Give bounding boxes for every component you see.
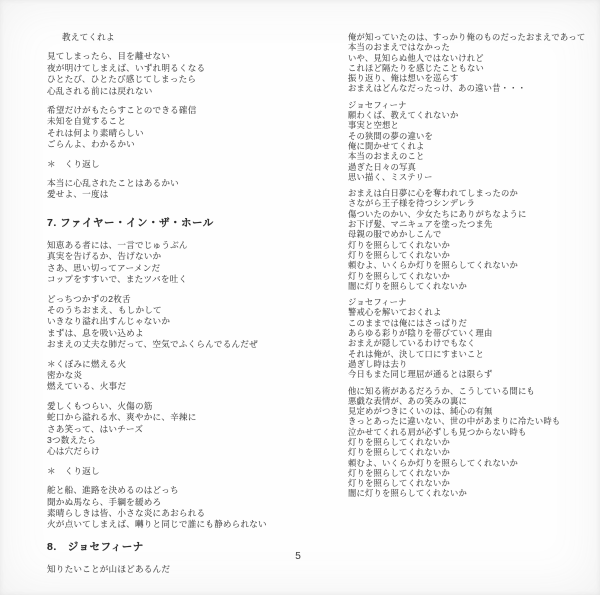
lyric-line: 俺に聞かせてくれよ	[348, 141, 593, 151]
lyric-stanza: どっちつかずの2枚舌そのうちおまえ、もしかしていきなり溢れ出すんじゃないかまずは…	[47, 294, 322, 351]
lyric-line: さあ、思い切ってアーメンだ	[47, 263, 322, 274]
lyric-line: 教えてくれよ	[62, 32, 322, 43]
lyric-line: さあ笑って、はいチーズ	[47, 424, 322, 435]
lyric-line: そのうちおまえ、もしかして	[47, 305, 322, 316]
lyric-line: 希望だけがもたらすことのできる確信	[47, 105, 322, 116]
lyric-line: おまえはどんなだったっけ、あの遠い昔・・・	[348, 83, 593, 93]
lyric-stanza: 俺が知っていたのは、すっかり俺のものだったおまえであって本当のおまえではなかった…	[348, 32, 593, 94]
lyric-line: ＊ くり返し	[47, 159, 322, 170]
lyric-line: 母親の服でめかしこんで	[348, 229, 593, 239]
lyric-line: 闇に灯りを照らしてくれないか	[348, 281, 593, 291]
lyric-line: 3つ数えたら	[47, 435, 322, 446]
lyric-line: 本当のおまえではなかった	[348, 42, 593, 52]
lyric-line: 真実を告げるか、告げないか	[47, 251, 322, 262]
lyric-stanza: ジョセフィーナ警戒心を解いておくれよこのままでは俺にはさっぱりだあらゆる彩りが陰…	[348, 297, 593, 379]
lyric-stanza: ＊くぼみに燃える火密かな炎燃えている、火事だ	[47, 359, 322, 393]
lyric-line: 思い描く、ミステリー	[348, 172, 593, 182]
lyric-line: 悪戯な表情が、あの笑みの裏に	[348, 396, 593, 406]
lyric-line: 見てしまったら、目を離せない	[47, 51, 322, 62]
lyric-stanza: ＊ くり返し	[47, 159, 322, 170]
lyric-line: ひとたび、ひとたび感じてしまったら	[47, 74, 322, 85]
lyric-stanza: 希望だけがもたらすことのできる確信未知を自覚することそれは何より素晴らしいごらん…	[47, 105, 322, 151]
lyric-line: 過ぎし時は去り	[348, 359, 593, 369]
lyric-line: 灯りを照らしてくれないか	[348, 250, 593, 260]
lyric-line: 心は穴だらけ	[47, 446, 322, 457]
page-number: 5	[288, 551, 308, 562]
lyric-line: 傷ついたのかい、少女たちにありがちなように	[348, 209, 593, 219]
lyric-line: きっとあったに違いない、世の中があまりに冷たい時も	[348, 416, 593, 426]
lyric-line: 燃えている、火事だ	[47, 381, 322, 392]
lyric-line: 灯りを照らしてくれないか	[348, 468, 593, 478]
lyric-line: 事実と空想と	[348, 120, 593, 130]
lyric-line: 願わくば、教えてくれないか	[348, 110, 593, 120]
lyric-line: 心乱される前には戻れない	[47, 86, 322, 97]
lyric-stanza: 知恵ある者には、一言でじゅうぶん真実を告げるか、告げないかさあ、思い切ってアーメ…	[47, 240, 322, 286]
lyric-line: 灯りを照らしてくれないか	[348, 271, 593, 281]
lyric-line: ジョセフィーナ	[348, 100, 593, 110]
lyric-line: 見定めがつきにくいのは、純心の有無	[348, 406, 593, 416]
lyric-line: 知りたいことが山ほどあるんだ	[47, 564, 322, 575]
lyric-line: 他に知る術があるだろうか、こうしている間にも	[348, 386, 593, 396]
lyric-line: その狭間の夢の違いを	[348, 131, 593, 141]
lyric-line: 蛇口から溢れる水、爽やかに、辛辣に	[47, 412, 322, 423]
lyric-line: 密かな炎	[47, 370, 322, 381]
lyric-line: このままでは俺にはさっぱりだ	[348, 318, 593, 328]
lyric-line: これほど隔たりを感じたこともない	[348, 63, 593, 73]
lyric-stanza: 教えてくれよ	[47, 32, 322, 43]
song-title-heading: 8. ジョセフィーナ	[47, 539, 322, 554]
lyric-line: 振り返り、俺は想いを巡らす	[348, 73, 593, 83]
lyric-line: まずは、息を吸い込めよ	[47, 328, 322, 339]
lyric-line: ごらんよ、わかるかい	[47, 139, 322, 150]
lyric-line: いきなり溢れ出すんじゃないか	[47, 316, 322, 327]
lyric-line: あらゆる彩りが陰りを帯びていく理由	[348, 328, 593, 338]
lyric-stanza: おまえは白日夢に心を奪われてしまったのかさながら王子様を待つシンデレラ傷ついたの…	[348, 188, 593, 291]
lyric-line: 素晴らしきは皆、小さな炎にあおられる	[47, 508, 322, 519]
lyric-line: 灯りを照らしてくれないか	[348, 437, 593, 447]
lyric-line: おまえは白日夢に心を奪われてしまったのか	[348, 188, 593, 198]
lyric-stanza: 他に知る術があるだろうか、こうしている間にも悪戯な表情が、あの笑みの裏に見定めが…	[348, 386, 593, 499]
lyric-line: 灯りを照らしてくれないか	[348, 447, 593, 457]
lyric-line: 泣かせてくれる肩が必ずしも見つからない時も	[348, 427, 593, 437]
lyric-line: さながら王子様を待つシンデレラ	[348, 198, 593, 208]
lyric-stanza: 愛しくもつらい、火傷の筋蛇口から溢れる水、爽やかに、辛辣にさあ笑って、はいチーズ…	[47, 401, 322, 458]
lyric-line: 未知を自覚すること	[47, 116, 322, 127]
lyric-stanza: 舵と船、進路を決めるのはどっち聞かぬ馬なら、手綱を緩めろ素晴らしきは皆、小さな炎…	[47, 485, 322, 531]
lyric-line: 夜が明けてしまえば、いずれ明るくなる	[47, 63, 322, 74]
lyric-line: ジョセフィーナ	[348, 297, 593, 307]
lyric-line: 闇に灯りを照らしてくれないか	[348, 488, 593, 498]
lyric-stanza: ジョセフィーナ願わくば、教えてくれないか事実と空想とその狭間の夢の違いを俺に聞か…	[348, 100, 593, 182]
lyric-line: お下げ髪、マニキュアを塗ったつま先	[348, 219, 593, 229]
lyric-line: 俺が知っていたのは、すっかり俺のものだったおまえであって	[348, 32, 593, 42]
lyric-line: おまえが隠しているわけでもなく	[348, 338, 593, 348]
lyric-line: 本当に心乱されたことはあるかい	[47, 178, 322, 189]
song-title-heading: 7. ファイヤー・イン・ザ・ホール	[47, 215, 322, 230]
lyric-line: いや、見知らぬ他人ではないけれど	[348, 53, 593, 63]
lyric-stanza: 本当に心乱されたことはあるかい愛せよ、一度は	[47, 178, 322, 201]
lyric-line: 本当のおまえのこと	[348, 151, 593, 161]
lyric-line: ＊くぼみに燃える火	[47, 359, 322, 370]
lyric-line: 灯りを照らしてくれないか	[348, 478, 593, 488]
lyric-line: 灯りを照らしてくれないか	[348, 240, 593, 250]
lyric-line: 舵と船、進路を決めるのはどっち	[47, 485, 322, 496]
lyric-line: どっちつかずの2枚舌	[47, 294, 322, 305]
lyric-stanza: 見てしまったら、目を離せない夜が明けてしまえば、いずれ明るくなるひとたび、ひとた…	[47, 51, 322, 97]
lyric-line: 警戒心を解いておくれよ	[348, 307, 593, 317]
lyric-line: 今日もまた同じ理屈が通るとは限らず	[348, 369, 593, 379]
lyric-line: 愛せよ、一度は	[47, 189, 322, 200]
lyric-line: 聞かぬ馬なら、手綱を緩めろ	[47, 497, 322, 508]
lyric-stanza: ＊ くり返し	[47, 466, 322, 477]
lyrics-column-right: 俺が知っていたのは、すっかり俺のものだったおまえであって本当のおまえではなかった…	[348, 32, 593, 505]
lyrics-column-left: 教えてくれよ見てしまったら、目を離せない夜が明けてしまえば、いずれ明るくなるひと…	[47, 32, 322, 583]
lyric-line: 頼むよ、いくらか灯りを照らしてくれないか	[348, 458, 593, 468]
lyric-line: 愛しくもつらい、火傷の筋	[47, 401, 322, 412]
lyric-line: ＊ くり返し	[47, 466, 322, 477]
lyric-line: 頼むよ、いくらか灯りを照らしてくれないか	[348, 260, 593, 270]
lyric-line: 過ぎた日々の写真	[348, 162, 593, 172]
lyric-stanza: 知りたいことが山ほどあるんだ	[47, 564, 322, 575]
lyric-line: それは何より素晴らしい	[47, 128, 322, 139]
lyric-line: 火が点いてしまえば、囀りと同じで誰にも静められない	[47, 519, 322, 530]
lyric-line: それは俺が、決して口にすまいこと	[348, 349, 593, 359]
lyric-line: 知恵ある者には、一言でじゅうぶん	[47, 240, 322, 251]
lyric-booklet-page: 教えてくれよ見てしまったら、目を離せない夜が明けてしまえば、いずれ明るくなるひと…	[0, 0, 600, 595]
lyric-line: おまえの丈夫な肺だって、空気でふくらんでるんだぜ	[47, 339, 322, 350]
lyric-line: コップをすすいで、またツバを吐く	[47, 274, 322, 285]
